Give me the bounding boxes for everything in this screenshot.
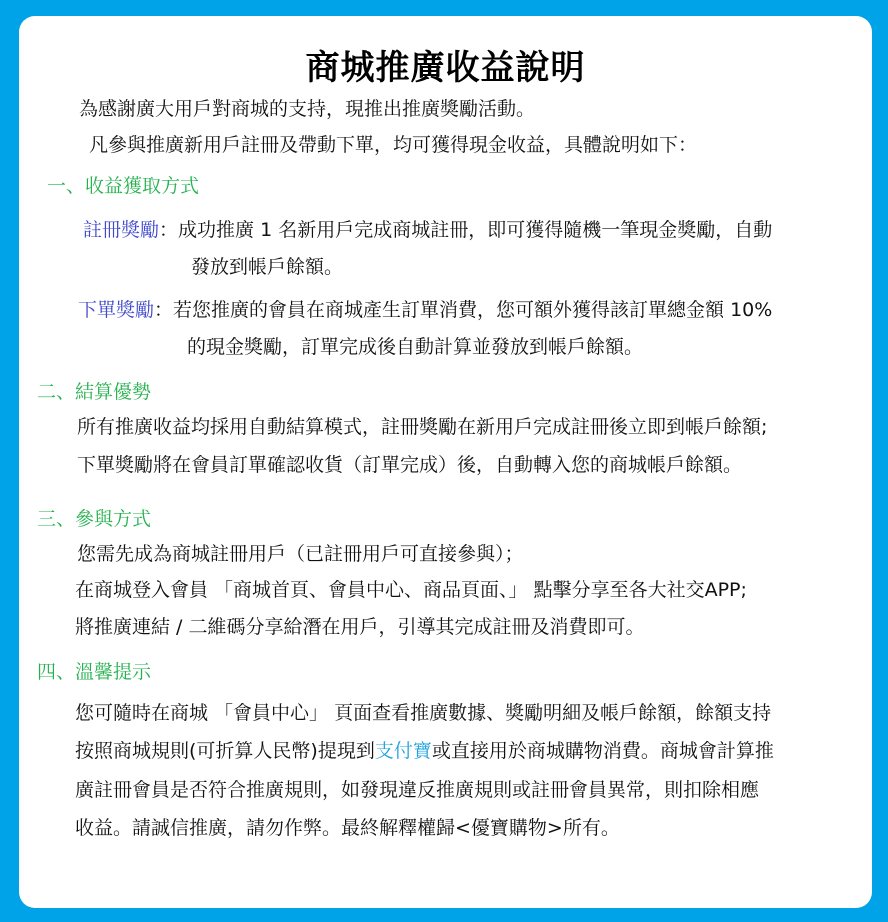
- participation-line-1: 您需先成為商城註冊用戶（已註冊用戶可直接參與）；: [77, 539, 524, 566]
- registration-reward-text-2: 發放到帳戶餘額。: [191, 252, 343, 279]
- settlement-line-2: 下單獎勵將在會員訂單確認收貨（訂單完成）後，自動轉入您的商城帳戶餘額。: [77, 450, 742, 477]
- tips-line-4: 收益。請誠信推廣，請勿作弊。最終解釋權歸<優寶購物>所有。: [75, 813, 620, 840]
- label-separator: ：: [159, 219, 178, 241]
- section-heading-3: 三、參與方式: [37, 504, 151, 531]
- section-heading-1: 一、收益獲取方式: [47, 171, 199, 198]
- registration-reward-text-1: 成功推廣 1 名新用戶完成商城註冊，即可獲得隨機一筆現金獎勵，自動: [178, 219, 772, 241]
- label-separator: ：: [154, 299, 173, 321]
- order-reward-label: 下單獎勵: [78, 299, 154, 321]
- settlement-line-1: 所有推廣收益均採用自動結算模式，註冊獎勵在新用戶完成註冊後立即到帳戶餘額;: [77, 412, 767, 439]
- tips-line-2-after: 或直接用於商城購物消費。商城會計算推: [432, 740, 774, 762]
- tips-line-3: 廣註冊會員是否符合推廣規則，如發現違反推廣規則或註冊會員異常，則扣除相應: [75, 775, 759, 802]
- registration-reward-row: 註冊獎勵：成功推廣 1 名新用戶完成商城註冊，即可獲得隨機一筆現金獎勵，自動: [83, 215, 772, 242]
- participation-line-3: 將推廣連結 / 二維碼分享給潛在用戶，引導其完成註冊及消費即可。: [75, 612, 644, 639]
- tips-line-2: 按照商城規則(可折算人民幣)提現到支付寶或直接用於商城購物消費。商城會計算推: [75, 736, 774, 763]
- page-title: 商城推廣收益說明: [19, 40, 872, 89]
- intro-line-1: 為感謝廣大用戶對商城的支持，現推出推廣獎勵活動。: [79, 94, 535, 121]
- alipay-link[interactable]: 支付寶: [375, 740, 432, 762]
- registration-reward-label: 註冊獎勵: [83, 219, 159, 241]
- tips-line-1: 您可隨時在商城 「會員中心」 頁面查看推廣數據、獎勵明細及帳戶餘額，餘額支持: [75, 698, 771, 725]
- order-reward-text-2: 的現金獎勵，訂單完成後自動計算並發放到帳戶餘額。: [187, 332, 643, 359]
- intro-line-2: 凡參與推廣新用戶註冊及帶動下單，均可獲得現金收益，具體說明如下：: [89, 130, 697, 157]
- order-reward-text-1: 若您推廣的會員在商城產生訂單消費，您可額外獲得該訂單總金額 10%: [173, 299, 772, 321]
- order-reward-row: 下單獎勵：若您推廣的會員在商城產生訂單消費，您可額外獲得該訂單總金額 10%: [78, 295, 772, 322]
- tips-line-2-before: 按照商城規則(可折算人民幣)提現到: [75, 740, 375, 762]
- info-card: 商城推廣收益說明 為感謝廣大用戶對商城的支持，現推出推廣獎勵活動。 凡參與推廣新…: [19, 16, 872, 908]
- section-heading-4: 四、溫馨提示: [37, 657, 151, 684]
- participation-line-2: 在商城登入會員 「商城首頁、會員中心、商品頁面、」 點擊分享至各大社交APP;: [75, 575, 747, 602]
- section-heading-2: 二、結算優勢: [37, 377, 151, 404]
